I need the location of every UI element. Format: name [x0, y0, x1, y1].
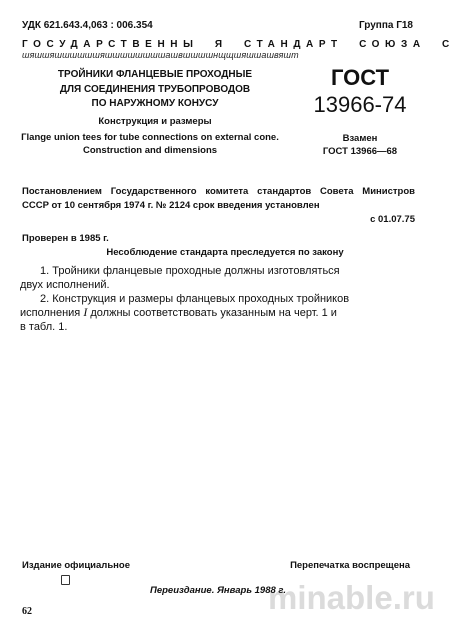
state-standard-heading: ГОСУДАРСТВЕННЫ Я СТАНДАРТ СОЮЗА ССР: [22, 39, 450, 50]
paragraph-2-cont: исполнения I должны соответствовать указ…: [20, 306, 380, 321]
paragraph-2-text-a: исполнения: [20, 307, 83, 319]
standard-number: 13966-74: [300, 92, 420, 118]
checked-year: Проверен в 1985 г.: [22, 233, 109, 244]
udk-code: УДК 621.643.4,063 : 006.354: [22, 20, 153, 31]
law-notice: Несоблюдение стандарта преследуется по з…: [0, 247, 450, 258]
group-code: Группа Г18: [359, 20, 413, 31]
garbled-ocr-line: шяшшяшшшшшшяшшшшшшшшашвшшшшнщщшяшшашвяшт: [22, 50, 299, 60]
effective-date: с 01.07.75: [370, 214, 415, 225]
reprint-prohibited: Перепечатка воспрещена: [290, 560, 410, 571]
decree-line-2: СССР от 10 сентября 1974 г. № 2124 срок …: [22, 199, 415, 213]
replaces-block: Взамен ГОСТ 13966—68: [300, 133, 420, 158]
english-title: Гlange union tees for tube connections o…: [10, 132, 290, 157]
official-edition: Издание официальное: [22, 560, 130, 571]
paragraph-1-first: 1. Тройники фланцевые проходные должны и…: [20, 265, 380, 279]
decree-line-1: Постановлением Государственного комитета…: [22, 185, 415, 199]
reissue-note: Переиздание. Январь 1988 г.: [150, 585, 286, 596]
paragraph-2-last: в табл. 1.: [20, 321, 380, 335]
paragraph-2-first: 2. Конструкция и размеры фланцевых прохо…: [20, 293, 380, 307]
title-line-1: ТРОЙНИКИ ФЛАНЦЕВЫЕ ПРОХОДНЫЕ: [40, 68, 270, 83]
body-text: 1. Тройники фланцевые проходные должны и…: [20, 265, 380, 335]
english-title-line-1: Гlange union tees for tube connections o…: [10, 132, 290, 145]
english-title-line-2: Construction and dimensions: [10, 145, 290, 158]
standard-label: ГОСТ: [300, 65, 420, 91]
paragraph-1-cont: двух исполнений.: [20, 279, 380, 293]
title-line-3: ПО НАРУЖНОМУ КОНУСУ: [40, 97, 270, 112]
replaces-value: ГОСТ 13966—68: [300, 146, 420, 159]
document-subtitle: Конструкция и размеры: [40, 116, 270, 127]
title-line-2: ДЛЯ СОЕДИНЕНИЯ ТРУБОПРОВОДОВ: [40, 83, 270, 98]
decree-text: Постановлением Государственного комитета…: [22, 185, 415, 213]
watermark: minable.ru: [268, 579, 435, 617]
replaces-label: Взамен: [300, 133, 420, 146]
paragraph-2-text-b: должны соответствовать указанным на черт…: [87, 307, 337, 319]
document-title: ТРОЙНИКИ ФЛАНЦЕВЫЕ ПРОХОДНЫЕ ДЛЯ СОЕДИНЕ…: [40, 68, 270, 112]
page-number: 62: [22, 606, 32, 617]
checkbox-square-icon: [61, 575, 70, 585]
